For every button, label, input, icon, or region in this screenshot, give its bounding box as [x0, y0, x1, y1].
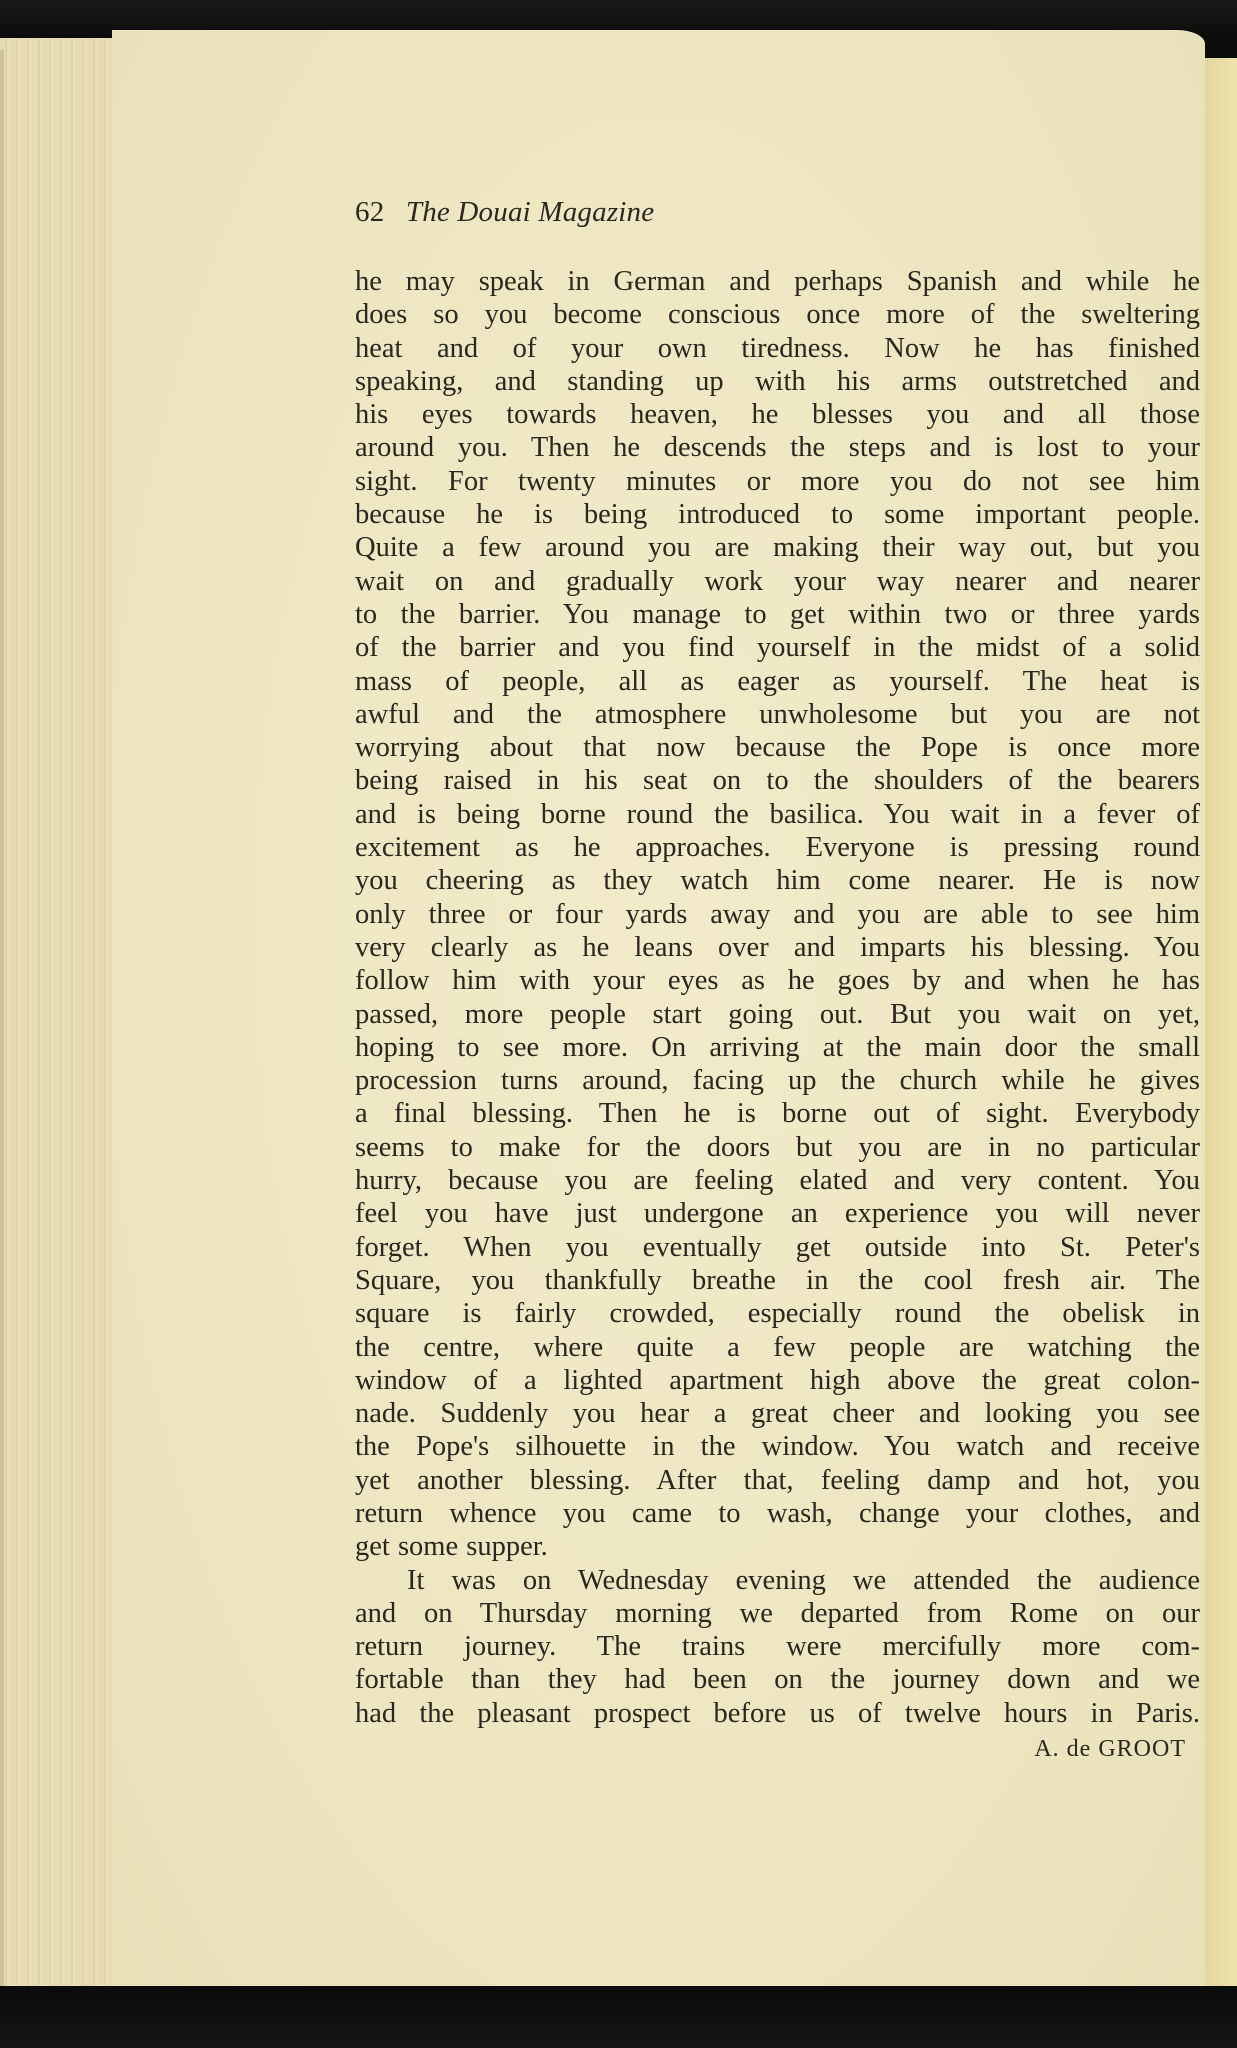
- text-line: feel you have just undergone an experien…: [355, 1197, 1200, 1230]
- text-line: window of a lighted apartment high above…: [355, 1364, 1200, 1397]
- text-line: his eyes towards heaven, he blesses you …: [355, 398, 1200, 431]
- text-line: heat and of your own tiredness. Now he h…: [355, 332, 1200, 365]
- text-line: nade. Suddenly you hear a great cheer an…: [355, 1397, 1200, 1430]
- text-line: sight. For twenty minutes or more you do…: [355, 465, 1200, 498]
- text-line: fortable than they had been on the journ…: [355, 1663, 1200, 1696]
- text-line: hoping to see more. On arriving at the m…: [355, 1031, 1200, 1064]
- page-stack-edges: [0, 38, 113, 2014]
- text-line: to the barrier. You manage to get within…: [355, 598, 1200, 631]
- text-line: seems to make for the doors but you are …: [355, 1131, 1200, 1164]
- text-line: he may speak in German and perhaps Spani…: [355, 265, 1200, 298]
- text-line: yet another blessing. After that, feelin…: [355, 1464, 1200, 1497]
- text-line: because he is being introduced to some i…: [355, 498, 1200, 531]
- text-line: being raised in his seat on to the shoul…: [355, 764, 1200, 797]
- book-cover-bottom-edge: [0, 1986, 1237, 2048]
- text-line: the Pope's silhouette in the window. You…: [355, 1430, 1200, 1463]
- text-line: a final blessing. Then he is borne out o…: [355, 1097, 1200, 1130]
- text-line: only three or four yards away and you ar…: [355, 898, 1200, 931]
- text-line: speaking, and standing up with his arms …: [355, 365, 1200, 398]
- text-line: very clearly as he leans over and impart…: [355, 931, 1200, 964]
- text-line: Square, you thankfully breathe in the co…: [355, 1264, 1200, 1297]
- text-line: of the barrier and you find yourself in …: [355, 631, 1200, 664]
- text-line: does so you become conscious once more o…: [355, 298, 1200, 331]
- page-content: 62 The Douai Magazine he may speak in Ge…: [355, 195, 1200, 1766]
- text-line: get some supper.: [355, 1530, 1200, 1563]
- text-line: awful and the atmosphere unwholesome but…: [355, 698, 1200, 731]
- author-signature: A. de GROOT: [355, 1732, 1200, 1766]
- text-line: and on Thursday morning we departed from…: [355, 1597, 1200, 1630]
- facing-page-edge: [1205, 58, 1237, 2008]
- text-line: worrying about that now because the Pope…: [355, 731, 1200, 764]
- text-line: you cheering as they watch him come near…: [355, 864, 1200, 897]
- text-line: return journey. The trains were merciful…: [355, 1630, 1200, 1663]
- text-line: the centre, where quite a few people are…: [355, 1331, 1200, 1364]
- page-number: 62: [355, 196, 384, 228]
- text-line: excitement as he approaches. Everyone is…: [355, 831, 1200, 864]
- text-line: had the pleasant prospect before us of t…: [355, 1697, 1200, 1730]
- text-line: mass of people, all as eager as yourself…: [355, 665, 1200, 698]
- article-body: he may speak in German and perhaps Spani…: [355, 265, 1200, 1730]
- text-line: return whence you came to wash, change y…: [355, 1497, 1200, 1530]
- running-head: 62 The Douai Magazine: [355, 195, 1200, 229]
- text-line: hurry, because you are feeling elated an…: [355, 1164, 1200, 1197]
- text-line: procession turns around, facing up the c…: [355, 1064, 1200, 1097]
- text-line: wait on and gradually work your way near…: [355, 565, 1200, 598]
- text-line: It was on Wednesday evening we attended …: [355, 1564, 1200, 1597]
- text-line: Quite a few around you are making their …: [355, 531, 1200, 564]
- text-line: around you. Then he descends the steps a…: [355, 431, 1200, 464]
- text-line: follow him with your eyes as he goes by …: [355, 964, 1200, 997]
- text-line: forget. When you eventually get outside …: [355, 1231, 1200, 1264]
- text-line: and is being borne round the basilica. Y…: [355, 798, 1200, 831]
- publication-title: The Douai Magazine: [406, 196, 654, 228]
- text-line: square is fairly crowded, especially rou…: [355, 1297, 1200, 1330]
- text-line: passed, more people start going out. But…: [355, 998, 1200, 1031]
